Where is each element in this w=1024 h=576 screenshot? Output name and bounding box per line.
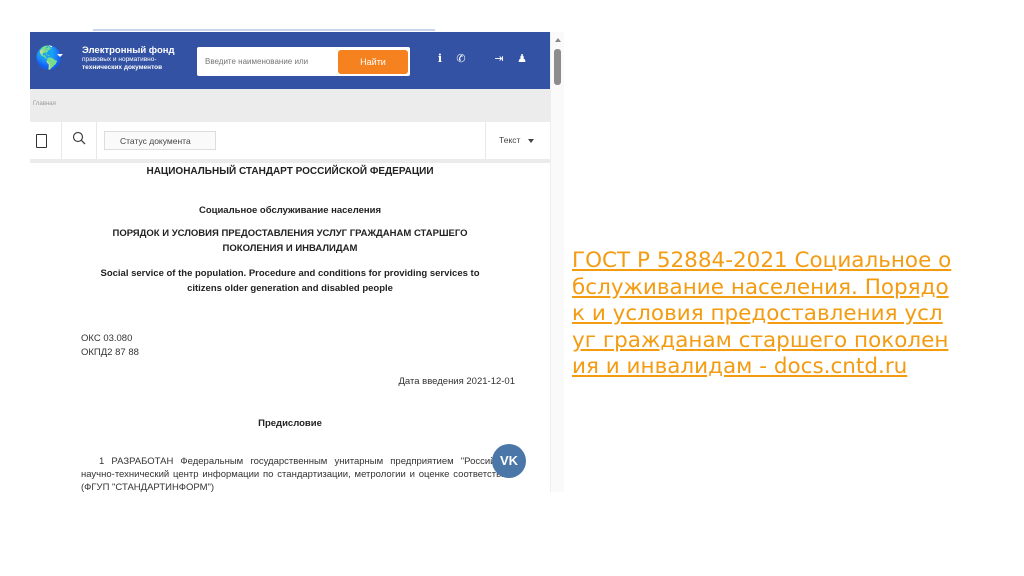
- brand-title: Электронный фонд: [82, 45, 175, 56]
- okpd-code: ОКПД2 87 88: [81, 346, 139, 360]
- divider-line: [93, 29, 435, 31]
- info-icon[interactable]: i: [433, 52, 447, 66]
- document-title-ru-1: ПОРЯДОК И УСЛОВИЯ ПРЕДОСТАВЛЕНИЯ УСЛУГ Г…: [30, 226, 550, 241]
- document-title-en-2: citizens older generation and disabled p…: [30, 281, 550, 296]
- login-icon[interactable]: ⇥: [492, 52, 506, 66]
- scrollbar[interactable]: [550, 32, 564, 492]
- effective-date: Дата введения 2021-12-01: [399, 376, 516, 387]
- user-add-icon[interactable]: ♟: [515, 52, 529, 66]
- oks-code: ОКС 03.080: [81, 332, 132, 346]
- search-input[interactable]: [205, 47, 335, 76]
- search-box: Найти: [197, 47, 410, 76]
- toolbar-divider: [61, 122, 62, 159]
- site-header: 🌎 Электронный фонд правовых и нормативно…: [30, 32, 550, 89]
- phone-icon[interactable]: ✆: [454, 52, 468, 66]
- breadcrumb: Главная: [30, 89, 550, 122]
- scroll-up-icon[interactable]: [555, 38, 561, 42]
- chevron-down-icon[interactable]: [57, 54, 63, 57]
- brand-subtitle-1: правовых и нормативно-: [82, 56, 175, 64]
- document-title-en-1: Social service of the population. Proced…: [30, 266, 550, 281]
- foreword-heading: Предисловие: [30, 418, 550, 429]
- website-screenshot: 🌎 Электронный фонд правовых и нормативно…: [30, 32, 564, 492]
- brand-subtitle-2: технических документов: [82, 64, 175, 72]
- view-mode-value: Текст: [499, 135, 520, 145]
- brand[interactable]: Электронный фонд правовых и нормативно- …: [82, 45, 175, 71]
- search-button[interactable]: Найти: [338, 50, 408, 74]
- toolbar-divider: [96, 122, 97, 159]
- search-icon[interactable]: [72, 131, 86, 145]
- book-icon[interactable]: [36, 134, 47, 148]
- logo-icon[interactable]: 🌎: [35, 46, 59, 70]
- view-mode-select[interactable]: Текст: [499, 135, 534, 145]
- document-title-ru-2: ПОКОЛЕНИЯ И ИНВАЛИДАМ: [30, 241, 550, 256]
- source-link[interactable]: ГОСТ Р 52884-2021 Социальное обслуживани…: [572, 248, 952, 381]
- document-subject: Социальное обслуживание населения: [30, 205, 550, 216]
- vk-share-button[interactable]: VK: [492, 444, 526, 478]
- document-heading: НАЦИОНАЛЬНЫЙ СТАНДАРТ РОССИЙСКОЙ ФЕДЕРАЦ…: [30, 166, 550, 177]
- breadcrumb-home[interactable]: Главная: [33, 101, 56, 107]
- chevron-down-icon: [528, 139, 534, 143]
- scrollbar-thumb[interactable]: [554, 49, 561, 85]
- tab-document-status[interactable]: Статус документа: [104, 131, 216, 150]
- document-body: НАЦИОНАЛЬНЫЙ СТАНДАРТ РОССИЙСКОЙ ФЕДЕРАЦ…: [30, 163, 550, 492]
- foreword-paragraph: 1 РАЗРАБОТАН Федеральным государственным…: [81, 455, 515, 492]
- document-toolbar: Статус документа Текст: [30, 122, 550, 159]
- toolbar-divider: [485, 122, 486, 159]
